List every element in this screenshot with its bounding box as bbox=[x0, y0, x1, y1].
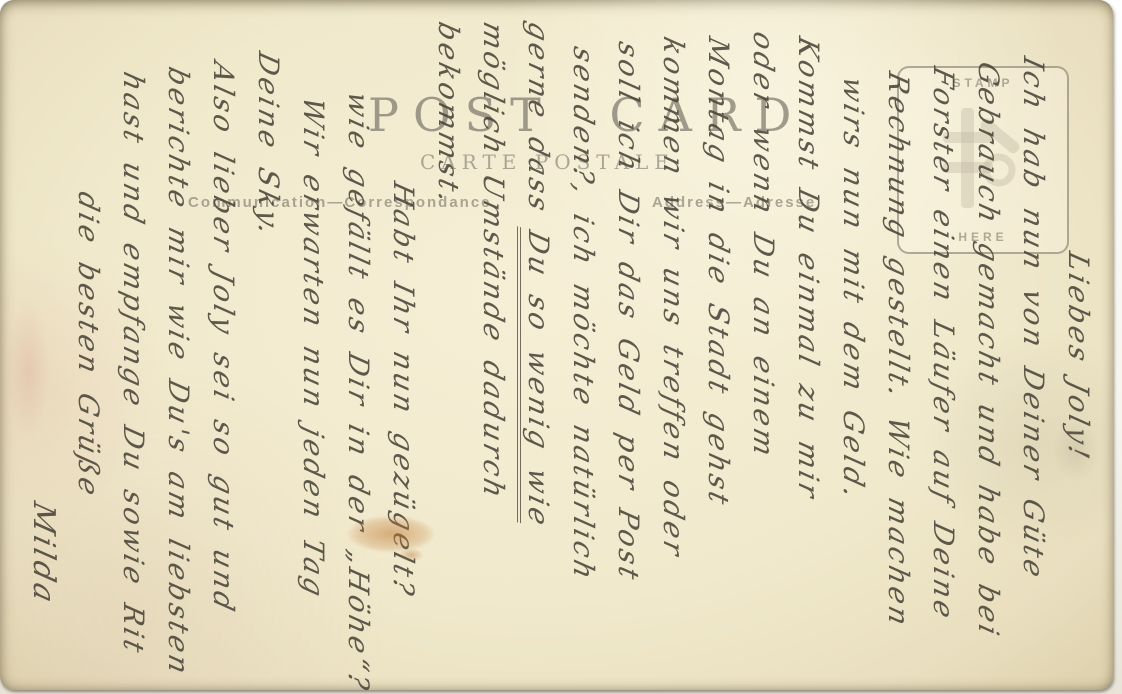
handwriting-text: gerne dass bbox=[522, 18, 555, 235]
handwriting-line: Wir erwarten nun jeden Tag bbox=[291, 17, 336, 688]
handwriting-line: kommen wir uns treffen oder bbox=[651, 17, 696, 688]
handwriting-line: Ich hab nun von Deiner Güte bbox=[1011, 17, 1056, 688]
handwriting-line-emphasized: gerne dass Du so wenig wie bbox=[516, 17, 561, 688]
handwriting-line: berichte mir wie Du's am liebsten bbox=[156, 17, 201, 688]
handwritten-message: Liebes Joly! Ich hab nun von Deiner Güte… bbox=[21, 17, 1101, 677]
handwriting-signature: Milda bbox=[21, 17, 66, 688]
handwriting-line: Deine Sky. bbox=[246, 17, 291, 688]
postcard: POST CARD CARTE POSTALE Communication—Co… bbox=[0, 0, 1113, 690]
handwriting-line: soll ich Dir das Geld per Post bbox=[606, 17, 651, 688]
handwriting-underlined-text: Du so wenig wie bbox=[517, 226, 555, 532]
handwriting-line: hast und empfange Du sowie Rit bbox=[111, 17, 156, 688]
handwriting-line: senden?, ich möchte natürlich bbox=[561, 17, 606, 688]
handwriting-line: Habt Ihr nun gezügelt? bbox=[381, 17, 426, 688]
handwriting-line: die besten Grüße bbox=[66, 17, 111, 688]
handwriting-line: Forster einen Läufer auf Deine bbox=[921, 17, 966, 688]
handwriting-line: Kommst Du einmal zu mir bbox=[786, 17, 831, 688]
handwriting-line: bekommst. bbox=[426, 17, 471, 688]
handwriting-line: oder wenn Du an einem bbox=[741, 17, 786, 688]
handwriting-salutation: Liebes Joly! bbox=[1056, 17, 1101, 688]
handwriting-line: möglich Umstände dadurch bbox=[471, 17, 516, 688]
handwriting-line: Also lieber Joly sei so gut und bbox=[201, 17, 246, 688]
handwriting-line: wirs nun mit dem Geld. bbox=[831, 17, 876, 688]
handwriting-line: Montag in die Stadt gehst bbox=[696, 17, 741, 688]
handwriting-line: Gebrauch gemacht und habe bei bbox=[966, 17, 1011, 688]
handwriting-line: Rechnung gestellt. Wie machen bbox=[876, 17, 921, 688]
handwriting-line: wie gefällt es Dir in der „Höhe“? bbox=[336, 17, 381, 688]
